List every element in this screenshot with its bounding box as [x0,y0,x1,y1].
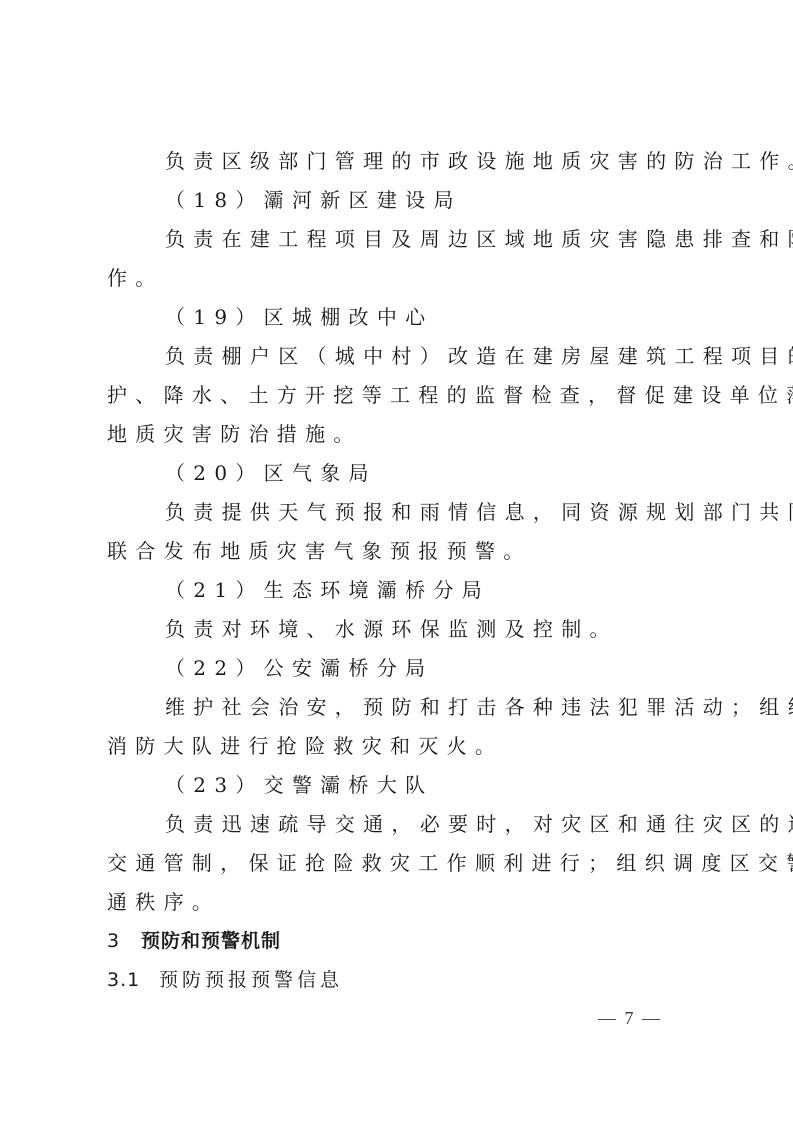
paragraph-line: 地质灾害防治措施。 [107,415,693,454]
section-heading: 3预防和预警机制 [107,922,693,961]
item-heading-19: （19）区城棚改中心 [107,298,693,337]
subsection-number: 3.1 [107,961,159,1000]
paragraph-line: 负责提供天气预报和雨情信息，同资源规划部门共同会商、 [107,493,693,532]
paragraph-line: 负责在建工程项目及周边区域地质灾害隐患排查和防治工 [107,220,693,259]
paragraph-line: 负责区级部门管理的市政设施地质灾害的防治工作。 [107,142,693,181]
paragraph-line: 通秩序。 [107,883,693,922]
subsection-heading: 3.1预防预报预警信息 [107,961,693,1000]
paragraph-line: 负责迅速疏导交通，必要时，对灾区和通往灾区的道路实行 [107,805,693,844]
item-heading-22: （22）公安灞桥分局 [107,649,693,688]
item-heading-20: （20）区气象局 [107,454,693,493]
item-heading-18: （18）灞河新区建设局 [107,181,693,220]
page-number: — 7 — [598,1008,662,1029]
paragraph-line: 负责棚户区（城中村）改造在建房屋建筑工程项目的基坑支 [107,337,693,376]
item-heading-21: （21）生态环境灞桥分局 [107,571,693,610]
subsection-title: 预防预报预警信息 [159,969,343,991]
section-number: 3 [107,922,141,961]
section-title: 预防和预警机制 [141,930,281,952]
item-heading-23: （23）交警灞桥大队 [107,766,693,805]
document-page: 负责区级部门管理的市政设施地质灾害的防治工作。 （18）灞河新区建设局 负责在建… [0,0,793,1122]
paragraph-line: 作。 [107,259,693,298]
paragraph-line: 消防大队进行抢险救灾和灭火。 [107,727,693,766]
paragraph-line: 负责对环境、水源环保监测及控制。 [107,610,693,649]
paragraph-line: 护、降水、土方开挖等工程的监督检查，督促建设单位落实相关 [107,376,693,415]
paragraph-line: 交通管制，保证抢险救灾工作顺利进行；组织调度区交警维护交 [107,844,693,883]
paragraph-line: 维护社会治安，预防和打击各种违法犯罪活动；组织调度区 [107,688,693,727]
paragraph-line: 联合发布地质灾害气象预报预警。 [107,532,693,571]
document-body: 负责区级部门管理的市政设施地质灾害的防治工作。 （18）灞河新区建设局 负责在建… [107,142,693,1000]
